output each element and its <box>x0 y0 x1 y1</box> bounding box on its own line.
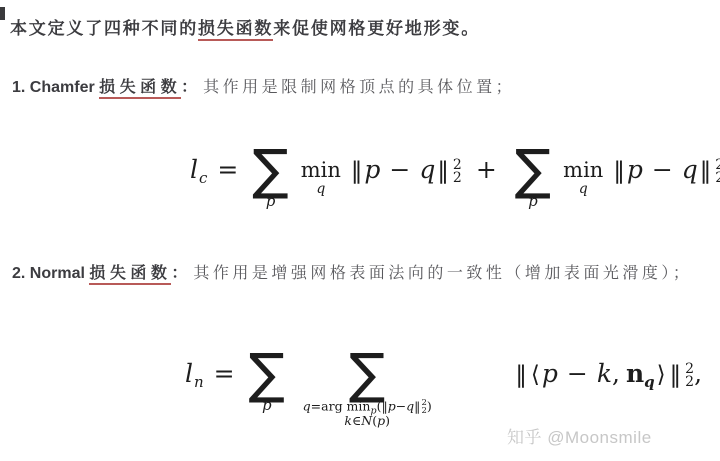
sum-over-nearest-neighbors: ∑q=arg minp(‖p−q‖22)k∈N(p) <box>349 352 385 396</box>
cond-norm: ‖p−q‖ <box>381 399 420 414</box>
item-normal-label: 2. Normal 损失函数： <box>12 265 187 285</box>
var-k: k <box>597 359 612 388</box>
min-operator: min <box>563 158 603 182</box>
norm-open-bar: ‖ <box>515 362 527 388</box>
cond-var-q: q <box>303 399 311 414</box>
var-q: q <box>419 155 435 184</box>
angle-bracket-close: ⟩ <box>657 362 666 388</box>
sum-symbol: ∑ <box>515 143 551 197</box>
cond-var-k: k <box>344 413 352 428</box>
var-l: l <box>185 359 193 388</box>
norm-close-bar: ‖ <box>437 158 449 184</box>
sum-symbol: ∑ <box>249 347 285 401</box>
cond2-paren-close: ) <box>385 413 390 428</box>
article-page: 本文定义了四种不同的损失函数来促使网格更好地形变。 1. Chamfer 损失函… <box>0 0 720 461</box>
intro-text-post: 来促使网格更好地形变。 <box>273 19 480 38</box>
sum-symbol: ∑ <box>349 347 385 401</box>
item-chamfer-prefix: 1. Chamfer <box>12 79 99 96</box>
sum-over-p: ∑p <box>249 352 285 396</box>
norm-term-2: ‖p−q‖22. <box>611 148 720 192</box>
sum-symbol: ∑ <box>252 143 288 197</box>
min-subscript-q: q <box>316 182 325 196</box>
var-p: p <box>364 155 380 184</box>
edge-artifact <box>0 7 5 20</box>
var-l: l <box>190 155 198 184</box>
watermark-text: 知乎 @Moonsmile <box>507 428 652 447</box>
norm-squared-2: 22 <box>715 159 720 185</box>
var-p: p <box>627 155 643 184</box>
normal-vector-subscript-q: q <box>644 373 655 391</box>
item-chamfer-label: 1. Chamfer 损失函数： <box>12 79 197 99</box>
var-q: q <box>682 155 698 184</box>
neighborhood-set-N: N <box>361 413 372 428</box>
intro-highlight-loss-function: 损失函数 <box>198 19 273 41</box>
intro-text-pre: 本文定义了四种不同的 <box>10 19 198 38</box>
cond2-var-p: p <box>377 413 385 428</box>
minus-sign: − <box>389 155 410 184</box>
norm-open-bar: ‖ <box>613 158 625 184</box>
sum-subscript-p: p <box>528 194 538 209</box>
inner-product-norm-term: ‖⟨p−k,nq⟩‖22, <box>513 352 702 396</box>
chamfer-loss-formula: lc= ∑p minq ‖p−q‖22 + ∑p minq ‖p−q‖22. <box>190 138 720 202</box>
min-over-q: minq <box>301 148 341 192</box>
intro-paragraph: 本文定义了四种不同的损失函数来促使网格更好地形变。 <box>10 14 480 39</box>
normal-vector-n: n <box>626 359 644 388</box>
argmin-operator: arg min <box>321 399 370 414</box>
sum-over-p-2: ∑p <box>515 148 551 192</box>
zhihu-watermark: 知乎 @Moonsmile <box>507 423 652 448</box>
minus-sign: − <box>567 359 588 388</box>
min-subscript-q: q <box>579 182 588 196</box>
item-chamfer-loss: 1. Chamfer 损失函数：其作用是限制网格顶点的具体位置； <box>12 74 515 97</box>
normal-loss-formula: ln= ∑p ∑q=arg minp(‖p−q‖22)k∈N(p) ‖⟨p−k,… <box>185 350 702 398</box>
var-l-subscript-c: c <box>199 169 207 187</box>
item-normal-description: 其作用是增强网格表面法向的一致性（增加表面光滑度）； <box>193 265 692 282</box>
item-normal-highlight: 损失函数 <box>89 265 171 285</box>
equals-sign: = <box>217 155 238 184</box>
minus-sign: − <box>652 155 673 184</box>
item-chamfer-description: 其作用是限制网格顶点的具体位置； <box>203 79 515 96</box>
norm-open-bar: ‖ <box>351 158 363 184</box>
equals-sign: = <box>214 359 235 388</box>
norm-subscript: 2 <box>453 172 462 185</box>
sum-over-p: ∑p <box>252 148 288 192</box>
norm-squared-2: 22 <box>685 363 694 389</box>
sum-subscript-p: p <box>266 194 276 209</box>
norm-subscript: 2 <box>685 376 694 389</box>
norm-close-bar: ‖ <box>700 158 712 184</box>
min-operator: min <box>301 158 341 182</box>
sum-subscript-p: p <box>262 398 272 413</box>
norm-squared-2: 22 <box>453 159 462 185</box>
angle-bracket-open: ⟨ <box>531 362 540 388</box>
sum-condition-neighborhood: k∈N(p) <box>344 415 390 428</box>
item-normal-colon: ： <box>171 265 187 282</box>
item-chamfer-highlight: 损失函数 <box>99 79 181 99</box>
inner-product-comma: , <box>612 359 620 388</box>
formula-lhs: ln= <box>185 352 245 396</box>
norm-subscript: 2 <box>715 172 720 185</box>
element-of-symbol: ∈ <box>352 413 361 428</box>
item-normal-prefix: 2. Normal <box>12 265 89 282</box>
min-over-q-2: minq <box>563 148 603 192</box>
norm-close-bar: ‖ <box>670 362 682 388</box>
var-p: p <box>542 359 558 388</box>
norm-term-1: ‖p−q‖22 <box>349 148 462 192</box>
cond-equals: = <box>311 399 321 414</box>
item-normal-loss: 2. Normal 损失函数：其作用是增强网格表面法向的一致性（增加表面光滑度）… <box>12 260 692 283</box>
var-l-subscript-n: n <box>194 373 204 391</box>
cond-paren-close: ) <box>427 399 432 414</box>
plus-sign: + <box>476 148 497 192</box>
formula-lhs: lc= <box>190 148 248 192</box>
item-chamfer-colon: ： <box>181 79 197 96</box>
formula-trailing-comma: , <box>694 359 702 388</box>
